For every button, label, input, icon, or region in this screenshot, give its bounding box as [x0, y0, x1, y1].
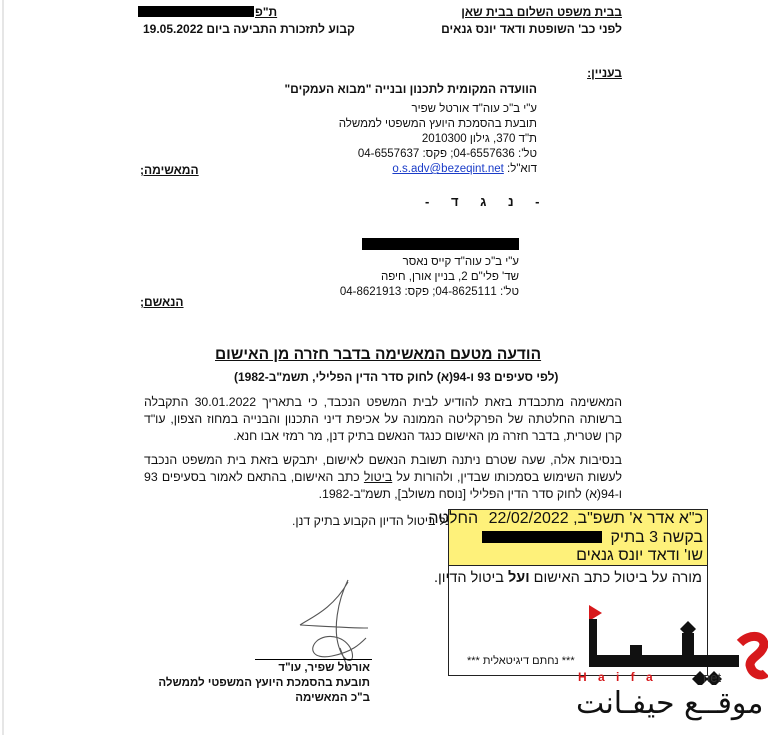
decision-request-row: בקשה 3 בתיק [453, 529, 703, 548]
court-name: בבית משפט השלום בבית שאן [461, 5, 622, 19]
plaintiff-line: ת"ד 370, גילון 2010300 [422, 133, 537, 145]
redacted-defendant-name [362, 238, 519, 250]
plaintiff-role-label: המאשימה; [140, 163, 199, 177]
plaintiff-line: ע"י ב"כ עוה"ד אורטל שפיר [412, 103, 537, 115]
case-prefix: ת"פ [255, 5, 277, 19]
decision-label: החלטה [428, 510, 478, 527]
decision-date-row: כ"א אדר א' תשפ"ב, 22/02/2022 החלטה [453, 510, 703, 529]
logo-arabic-text: موقــع حيفـانت [576, 686, 764, 721]
handwritten-signature [240, 570, 380, 670]
page-edge [2, 0, 4, 735]
signer-role: ב"כ המאשימה [295, 692, 370, 704]
defendant-line: שד' פלי"ם 2, בניין אורן, חיפה [381, 271, 519, 283]
redacted-case-ref [482, 531, 602, 543]
notice-paragraph-2: בנסיבות אלה, שעה שטרם ניתנה תשובת הנאשם … [144, 452, 622, 503]
signer-title: תובעת בהסמכת היועץ המשפטי לממשלה [158, 677, 370, 689]
plaintiff-line: תובעת בהסמכת היועץ המשפטי לממשלה [339, 118, 537, 130]
notice-paragraph-1: המאשימה מתכבדת בזאת להודיע לבית המשפט הנ… [144, 394, 622, 445]
versus-label: - נ ג ד - [425, 194, 544, 209]
decision-stamp-header: כ"א אדר א' תשפ"ב, 22/02/2022 החלטה בקשה … [448, 509, 708, 566]
defendant-line: ע"י ב"כ עוה"ד קייס נאסר [403, 256, 519, 268]
hearing-note: קבוע לתזכורת התביעה ביום 19.05.2022 [143, 22, 355, 36]
email-label: דוא"ל: [507, 163, 537, 175]
logo-net-text: net [703, 670, 721, 685]
plaintiff-line: טל': 04-6557636; פקס: 04-6557637 [358, 148, 537, 160]
notice-subtitle: (לפי סעיפים 93 ו-94(א) לחוק סדר הדין הפל… [234, 370, 558, 384]
notice-title: הודעה מטעם המאשימה בדבר חזרה מן האישום [215, 346, 541, 364]
decision-date: 22/02/2022 [489, 510, 569, 527]
logo-latin-text: H a i f a [578, 670, 657, 684]
signature-line [255, 659, 372, 660]
plaintiff-name: הוועדה המקומית לתכנון ובנייה "מבוא העמקי… [284, 82, 537, 96]
email-link[interactable]: o.s.adv@bezeqint.net [392, 163, 503, 175]
decision-text: מורה על ביטול כתב האישום ועל ביטול הדיון… [434, 570, 702, 586]
redacted-case-number [138, 6, 254, 17]
defendant-role-label: הנאשם; [140, 295, 184, 309]
judge-name: לפני כב' השופטת ודאד יונס גנאים [441, 22, 622, 36]
email-row: דוא"ל: o.s.adv@bezeqint.net [392, 163, 537, 175]
decision-judge-row: שו' ודאד יונס גנאים [453, 547, 703, 566]
defendant-line: טל': 04-8625111; פקס: 04-8621913 [340, 286, 519, 298]
underlined-word: ביטול [364, 470, 392, 484]
digital-signature-note: *** נחתם דיגיטאלית *** [467, 655, 575, 667]
signer-name: אורטל שפיר, עו"ד [278, 662, 370, 674]
subject-label: בעניין: [587, 66, 622, 80]
